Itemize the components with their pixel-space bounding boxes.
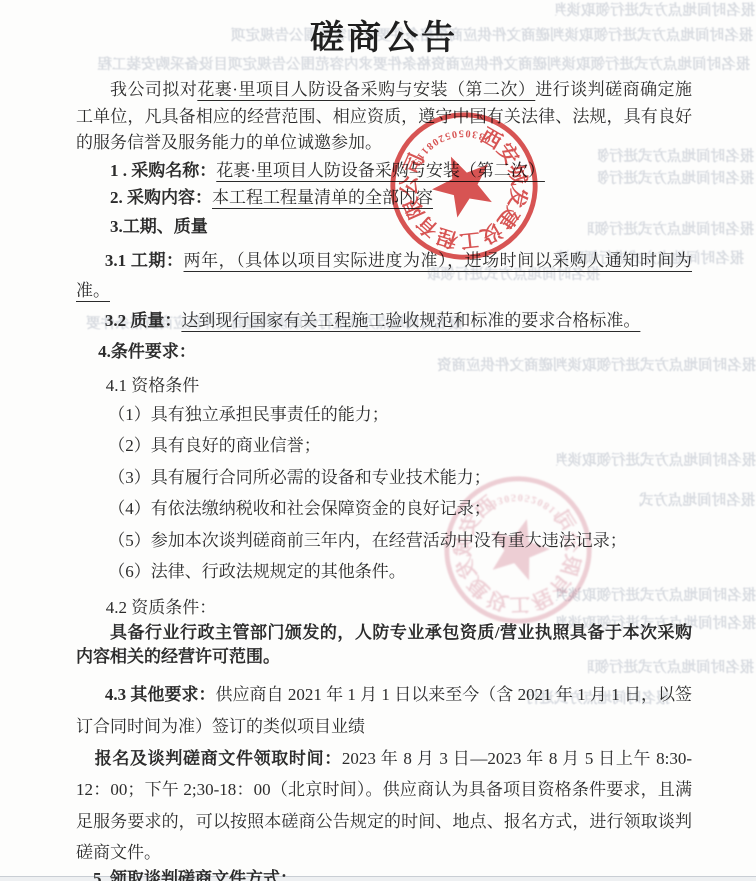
section-4-2-text: 具备行业行政主管部门颁发的，人防专业承包资质/营业执照具备于本次采购内容相关的经… bbox=[76, 621, 692, 669]
section-3-2-quality: 3.2 质量：达到现行国家有关工程施工验收规范和标准的要求合格标准。 bbox=[76, 306, 692, 336]
item-1-procurement-name: 1 . 采购名称：花裹·里项目人防设备采购与安装（第二次） bbox=[110, 157, 692, 184]
item-4-heading: 4.条件要求： bbox=[98, 338, 692, 366]
section-3-2-value: 达到现行国家有关工程施工验收规范和标准的要求合格标准。 bbox=[181, 311, 640, 330]
document-content: 磋商公告 我公司拟对花裹·里项目人防设备采购与安装（第二次）进行谈判磋商确定施工… bbox=[76, 10, 692, 881]
qualification-item-5: （5）参加本次谈判磋商前三年内，在经营活动中没有重大违法记录； bbox=[108, 532, 692, 550]
qualification-item-1: （1）具有独立承担民事责任的能力； bbox=[108, 406, 692, 424]
section-3-2-label: 3.2 质量： bbox=[105, 311, 182, 330]
section-3-1-label: 3.1 工期： bbox=[105, 251, 184, 270]
qualification-item-6: （6）法律、行政法规规定的其他条件。 bbox=[108, 563, 692, 581]
section-3-1-duration: 3.1 工期：两年，（具体以项目实际进度为准），进场时间以采购人通知时间为准。 bbox=[76, 246, 692, 306]
qualification-list: （1）具有独立承担民事责任的能力； （2）具有良好的商业信誉； （3）具有履行合… bbox=[76, 406, 692, 582]
item-2-label: 2. 采购内容： bbox=[110, 188, 212, 207]
signup-label: 报名及谈判磋商文件领取时间： bbox=[95, 749, 342, 768]
section-4-3-other-requirements: 4.3 其他要求：供应商自 2021 年 1 月 1 日以来至今（含 2021 … bbox=[76, 679, 692, 743]
section-4-2-heading: 4.2 资质条件： bbox=[106, 595, 692, 621]
scanned-document-page: 报名时间地点方式进行领取谈判报名时间地点方式进行领取谈判磋商文件供应商资格条件要… bbox=[0, 0, 756, 881]
item-3-heading: 3.工期、质量 bbox=[110, 213, 692, 240]
intro-pre: 我公司拟对 bbox=[110, 80, 197, 99]
section-4-3-label: 4.3 其他要求： bbox=[105, 685, 216, 704]
qualification-item-3: （3）具有履行合同所必需的设备和专业技术能力； bbox=[108, 469, 692, 487]
item-1-label: 1 . 采购名称： bbox=[110, 161, 216, 180]
item-2-value: 本工程工程量清单的全部内容 bbox=[212, 188, 433, 207]
item-5-heading: 5. 领取谈判磋商文件方式： bbox=[93, 869, 692, 881]
signup-time-paragraph: 报名及谈判磋商文件领取时间：2023 年 8 月 3 日—2023 年 8 月 … bbox=[76, 743, 692, 869]
item-2-procurement-content: 2. 采购内容：本工程工程量清单的全部内容 bbox=[110, 184, 692, 211]
section-4-1-heading: 4.1 资格条件 bbox=[106, 373, 692, 399]
intro-paragraph: 我公司拟对花裹·里项目人防设备采购与安装（第二次）进行谈判磋商确定施工单位，凡具… bbox=[76, 77, 692, 157]
qualification-item-4: （4）有依法缴纳税收和社会保障资金的良好记录； bbox=[108, 500, 692, 518]
document-title: 磋商公告 bbox=[76, 10, 692, 59]
intro-project-name-underlined: 花裹·里项目人防设备采购与安装（第二次） bbox=[197, 80, 535, 99]
item-1-value: 花裹·里项目人防设备采购与安装（第二次） bbox=[216, 161, 545, 180]
qualification-item-2: （2）具有良好的商业信誉； bbox=[108, 437, 692, 455]
